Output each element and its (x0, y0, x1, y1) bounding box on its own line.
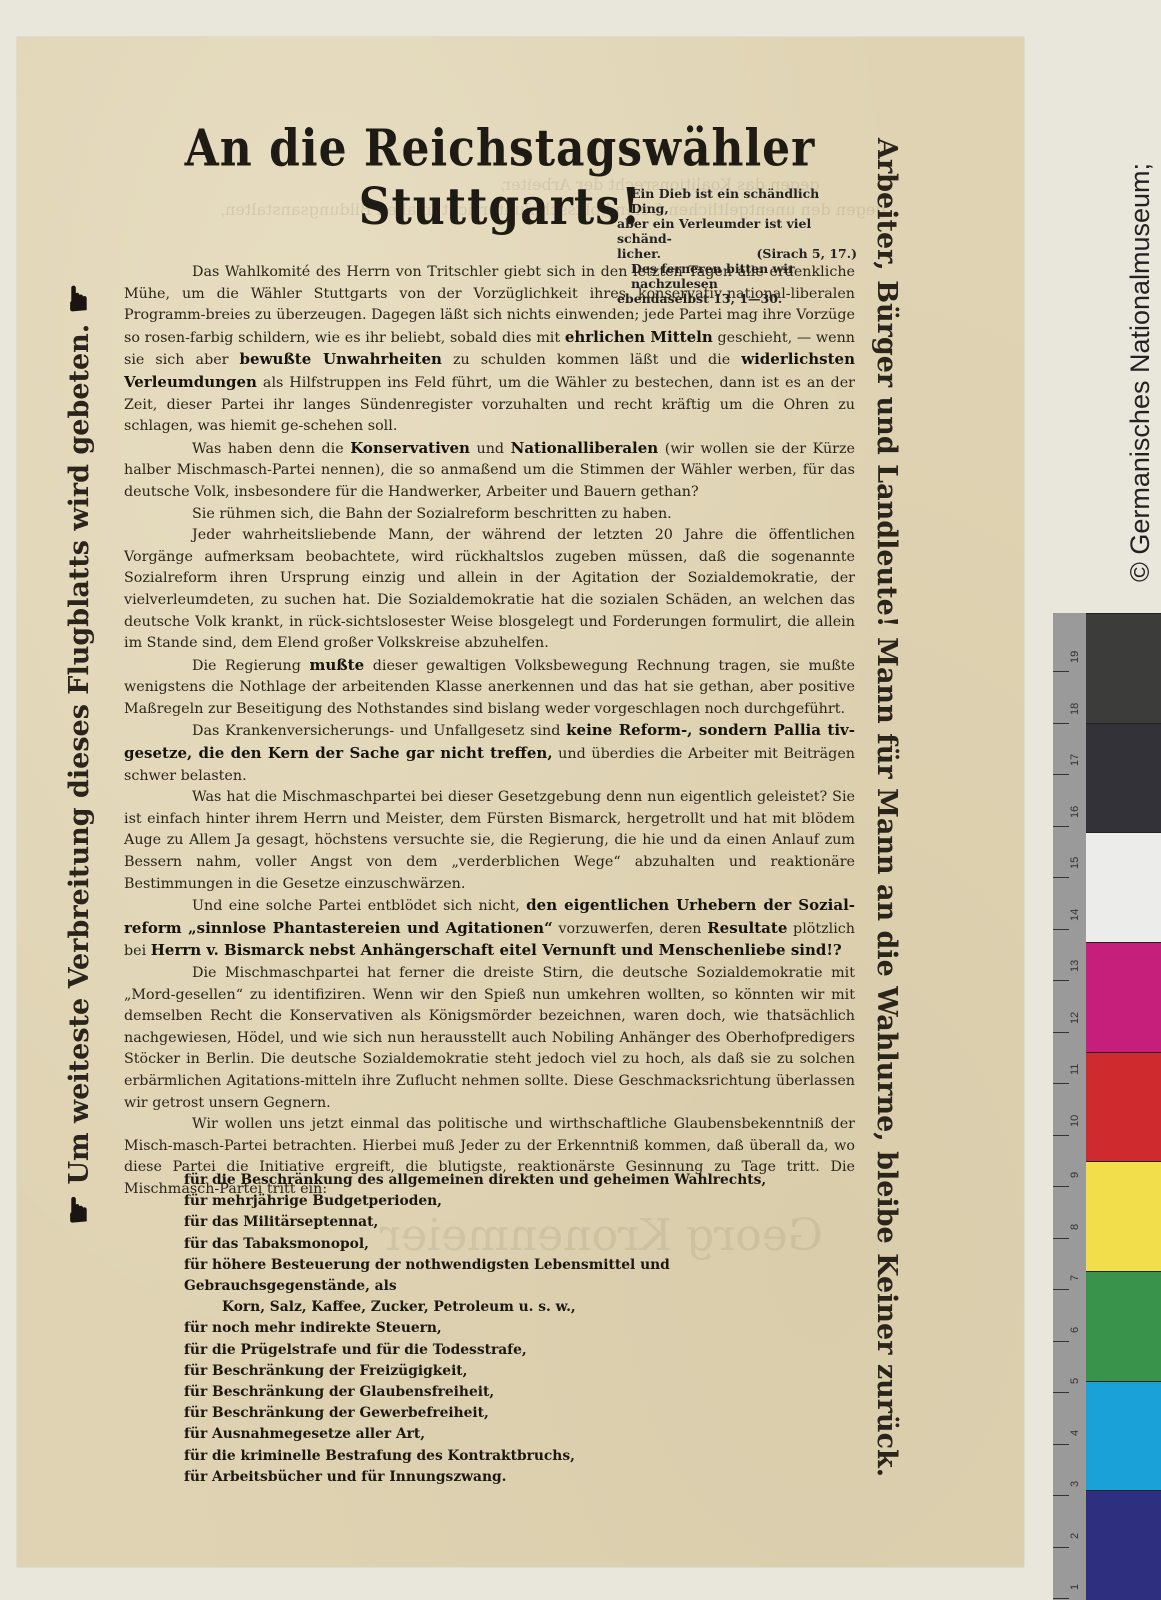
list-item: für Beschränkung der Glaubensfreiheit, (184, 1382, 854, 1403)
ruler-label: 17 (1069, 750, 1081, 766)
emphasized-text: widerlichsten Verleumdungen (124, 350, 855, 391)
ruler-tick (1053, 1598, 1069, 1599)
ruler-tick (1053, 1238, 1069, 1239)
list-item: für Beschränkung der Freizügigkeit, (184, 1361, 854, 1382)
right-margin-appeal: Arbeiter, Bürger und Landleute! Mann für… (862, 138, 912, 1418)
ruler-label: 3 (1069, 1471, 1081, 1487)
motto-line: aber ein Verleumder ist viel schänd- (617, 216, 857, 246)
ruler-label: 13 (1069, 956, 1081, 972)
ruler-tick (1053, 1392, 1069, 1393)
list-item: für das Militärseptennat, (184, 1212, 854, 1233)
scale-ruler: 19181716151413121110987654321 (1053, 613, 1086, 1600)
pointing-hand-icon: ☛ (59, 1195, 99, 1225)
color-patch-dark-grey (1086, 613, 1161, 724)
emphasized-text: Nationalliberalen (511, 439, 659, 457)
body-paragraph: Was hat die Mischmaschpartei bei dieser … (124, 787, 855, 895)
left-margin-text: Um weiteste Verbreitung dieses Flugblatt… (64, 324, 95, 1185)
body-paragraph: Jeder wahrheitsliebende Mann, der währen… (124, 525, 855, 655)
ruler-label: 18 (1069, 699, 1081, 715)
ruler-tick (1053, 774, 1069, 775)
list-item-continuation: Korn, Salz, Kaffee, Zucker, Petroleum u.… (184, 1297, 854, 1318)
emphasized-text: Herrn v. Bismarck nebst Anhängerschaft e… (151, 941, 842, 959)
ruler-label: 5 (1069, 1368, 1081, 1384)
color-patch-blue (1086, 1490, 1161, 1600)
ruler-tick (1053, 671, 1069, 672)
ruler-label: 12 (1069, 1008, 1081, 1024)
body-paragraph: Die Regierung mußte dieser gewaltigen Vo… (124, 655, 855, 721)
body-paragraph: Das Wahlkomité des Herrn von Tritschler … (124, 262, 855, 438)
color-patch-yellow (1086, 1161, 1161, 1272)
ruler-label: 1 (1069, 1574, 1081, 1590)
body-paragraph: Sie rühmen sich, die Bahn der Sozialrefo… (124, 504, 855, 526)
ruler-label: 7 (1069, 1265, 1081, 1281)
list-item: für Beschränkung der Gewerbefreiheit, (184, 1403, 854, 1424)
color-patch-cyan (1086, 1381, 1161, 1492)
ruler-tick (1053, 1186, 1069, 1187)
list-item: für mehrjährige Budgetperioden, (184, 1191, 854, 1212)
list-item: für Arbeitsbücher und für Innungszwang. (184, 1467, 854, 1488)
emphasized-text: bewußte Unwahrheiten (240, 350, 442, 368)
list-item: für die Beschränkung des allgemeinen dir… (184, 1170, 854, 1191)
ruler-label: 4 (1069, 1420, 1081, 1436)
ruler-tick (1053, 1341, 1069, 1342)
ruler-tick (1053, 1547, 1069, 1548)
ruler-tick (1053, 1495, 1069, 1496)
ruler-label: 15 (1069, 853, 1081, 869)
ruler-tick (1053, 1032, 1069, 1033)
motto-citation: (Sirach 5, 17.) (757, 246, 858, 261)
ruler-label: 9 (1069, 1162, 1081, 1178)
emphasized-text: keine Reform-, sondern Pallia tiv-gesetz… (124, 721, 855, 762)
list-item: für die kriminelle Bestrafung des Kontra… (184, 1446, 854, 1467)
color-patch-charcoal (1086, 723, 1161, 834)
ruler-tick (1053, 929, 1069, 930)
right-margin-text: Arbeiter, Bürger und Landleute! Mann für… (872, 138, 903, 1477)
color-patch-white (1086, 832, 1161, 943)
list-item: für das Tabaksmonopol, (184, 1234, 854, 1255)
pointing-hand-icon: ☛ (59, 283, 99, 313)
ruler-label: 2 (1069, 1523, 1081, 1539)
body-paragraph: Was haben denn die Konservativen und Nat… (124, 438, 855, 504)
ruler-label: 10 (1069, 1111, 1081, 1127)
leaflet-body: Das Wahlkomité des Herrn von Tritschler … (124, 262, 855, 1201)
list-item: für höhere Besteuerung der nothwendigste… (184, 1255, 854, 1297)
ruler-tick (1053, 1289, 1069, 1290)
list-item: für die Prügelstrafe und für die Todesst… (184, 1340, 854, 1361)
ruler-tick (1053, 1444, 1069, 1445)
emphasized-text: ehrlichen Mitteln (565, 328, 713, 346)
emphasized-text: Konservativen (350, 439, 470, 457)
left-margin-appeal: ☛ Um weiteste Verbreitung dieses Flugbla… (54, 315, 104, 1235)
ruler-label: 16 (1069, 802, 1081, 818)
list-item: für Ausnahmegesetze aller Art, (184, 1424, 854, 1445)
body-paragraph: Das Krankenversicherungs- und Unfallgese… (124, 720, 855, 787)
ruler-tick (1053, 1135, 1069, 1136)
color-patch-green (1086, 1271, 1161, 1382)
ruler-tick (1053, 980, 1069, 981)
ruler-label: 14 (1069, 905, 1081, 921)
ruler-label: 11 (1069, 1059, 1081, 1075)
color-patch-red (1086, 1052, 1161, 1163)
ruler-tick (1053, 1083, 1069, 1084)
emphasized-text: mußte (310, 656, 365, 674)
motto-line: licher. (617, 246, 661, 261)
ruler-tick (1053, 723, 1069, 724)
emphasized-text: Resultate (707, 919, 787, 937)
list-item: für noch mehr indirekte Steuern, (184, 1318, 854, 1339)
ruler-label: 19 (1069, 647, 1081, 663)
ruler-tick (1053, 877, 1069, 878)
copyright-credit: © Germanisches Nationalmuseum; HB13385; … (1122, 22, 1161, 582)
color-patch-magenta (1086, 942, 1161, 1053)
body-paragraph: Die Mischmaschpartei hat ferner die drei… (124, 963, 855, 1114)
ruler-label: 6 (1069, 1317, 1081, 1333)
ruler-label: 8 (1069, 1214, 1081, 1230)
body-paragraph: Und eine solche Partei entblödet sich ni… (124, 895, 855, 963)
demands-list: für die Beschränkung des allgemeinen dir… (184, 1170, 854, 1488)
credit-line-1: © Germanisches Nationalmuseum; (1122, 22, 1158, 582)
ruler-tick (1053, 826, 1069, 827)
motto-line: Ein Dieb ist ein schändlich Ding, (617, 186, 857, 216)
